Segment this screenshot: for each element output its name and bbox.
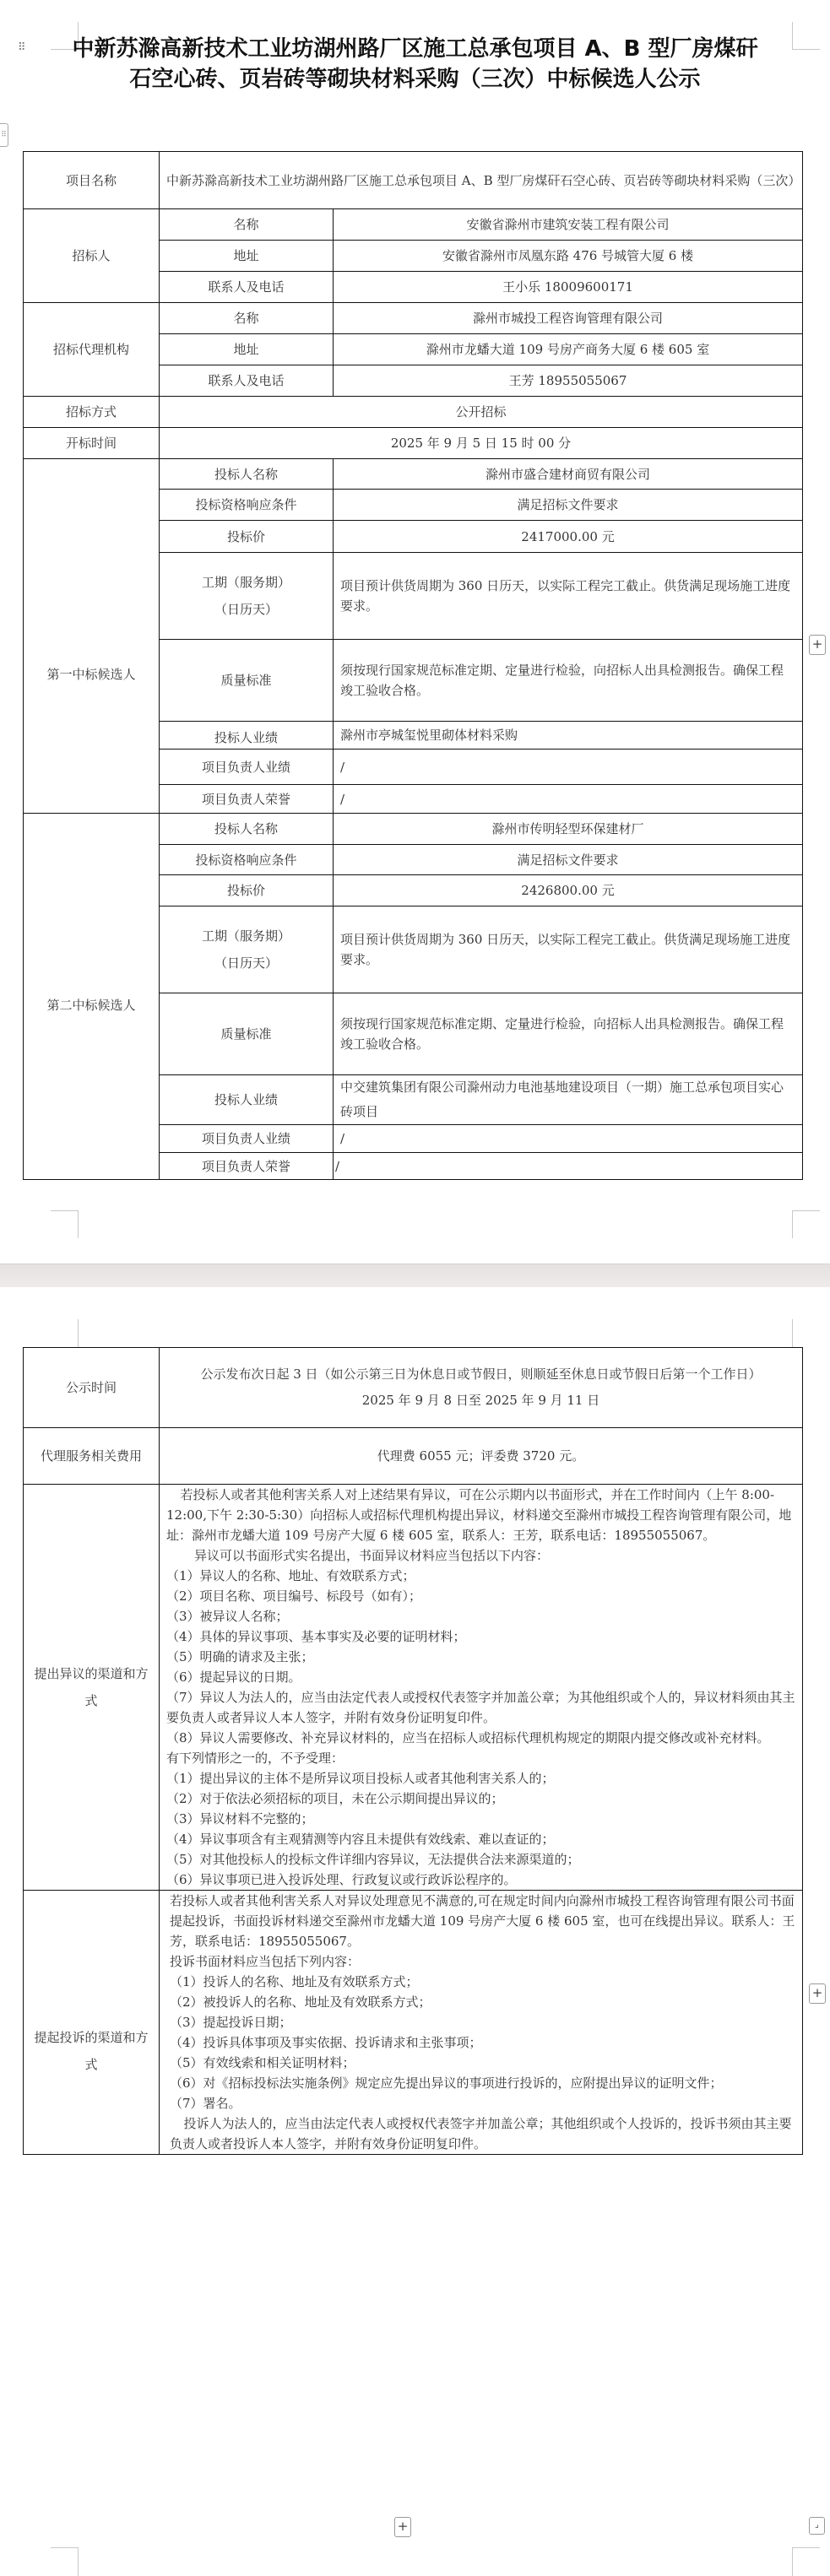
candidate-2-pm-honor-label: 项目负责人荣誉 <box>160 1153 334 1180</box>
table-row: 开标时间 2025 年 9 月 5 日 15 时 00 分 <box>24 428 803 459</box>
candidate-1-performance-value: 滁州市亭城玺悦里砌体材料采购 <box>334 722 803 750</box>
page-separator <box>0 1264 830 1288</box>
complaint-item: （3）提起投诉日期； <box>170 2012 795 2032</box>
add-row-button[interactable]: + <box>809 635 826 655</box>
table-row: 第一中标候选人 投标人名称 滁州市盛合建材商贸有限公司 <box>24 459 803 490</box>
candidate-1-pm-honor-label: 项目负责人荣誉 <box>160 785 334 814</box>
complaint-item: （4）投诉具体事项及事实依据、投诉请求和主张事项； <box>170 2032 795 2053</box>
agency-address-label: 地址 <box>160 334 334 365</box>
candidate-2-label: 第二中标候选人 <box>24 814 160 1180</box>
agency-name-label: 名称 <box>160 303 334 334</box>
table-row: 招标方式 公开招标 <box>24 397 803 428</box>
agency-contact-label: 联系人及电话 <box>160 365 334 397</box>
objection-reject-intro: 有下列情形之一的，不予受理： <box>166 1748 795 1768</box>
candidate-2-price-value: 2426800.00 元 <box>334 875 803 906</box>
open-time-value: 2025 年 9 月 5 日 15 时 00 分 <box>160 428 803 459</box>
publicity-range: 2025 年 9 月 8 日至 2025 年 9 月 11 日 <box>166 1388 795 1414</box>
document-page-1: ⠿ ⠿ 中新苏滁高新技术工业坊湖州路厂区施工总承包项目 A、B 型厂房煤矸石空心… <box>0 0 830 1264</box>
table-select-handle-icon[interactable]: ⠿ <box>0 123 8 147</box>
add-row-below-table-button[interactable]: + <box>394 2517 411 2537</box>
page-margin-corner-top-right <box>792 1319 820 1347</box>
candidate-1-qualification-label: 投标资格响应条件 <box>160 490 334 521</box>
table-row: 招标代理机构 名称 滁州市城投工程咨询管理有限公司 <box>24 303 803 334</box>
candidate-2-period-value: 项目预计供货周期为 360 日历天，以实际工程完工截止。供货满足现场施工进度要求… <box>334 906 803 993</box>
complaint-label: 提起投诉的渠道和方式 <box>24 1891 160 2155</box>
candidate-2-pm-honor-value: / <box>334 1153 803 1180</box>
candidate-1-quality-value: 须按现行国家规范标准定期、定量进行检验，向招标人出具检测报告。确保工程竣工验收合… <box>334 640 803 722</box>
candidate-1-bidder-label: 投标人名称 <box>160 459 334 490</box>
project-name-label: 项目名称 <box>24 152 160 209</box>
candidate-1-quality-label: 质量标准 <box>160 640 334 722</box>
open-time-label: 开标时间 <box>24 428 160 459</box>
complaint-item: （6）对《招标投标法实施条例》规定应先提出异议的事项进行投诉的，应附提出异议的证… <box>170 2073 795 2093</box>
objection-content-intro: 异议可以书面形式实名提出，书面异议材料应当包括以下内容： <box>166 1545 795 1566</box>
candidate-2-pm-performance-value: / <box>334 1125 803 1153</box>
method-label: 招标方式 <box>24 397 160 428</box>
page-margin-corner-bottom-left <box>51 2547 79 2576</box>
publicity-table: 公示时间 公示发布次日起 3 日（如公示第三日为休息日或节假日，则顺延至休息日或… <box>23 1347 803 2155</box>
publicity-time-label: 公示时间 <box>24 1348 160 1428</box>
page-margin-corner-bottom-left <box>51 1210 79 1238</box>
table-row: 公示时间 公示发布次日起 3 日（如公示第三日为休息日或节假日，则顺延至休息日或… <box>24 1348 803 1428</box>
candidate-1-label: 第一中标候选人 <box>24 459 160 814</box>
candidate-table: 项目名称 中新苏滁高新技术工业坊湖州路厂区施工总承包项目 A、B 型厂房煤矸石空… <box>23 151 803 1180</box>
table-row: 代理服务相关费用 代理费 6055 元；评委费 3720 元。 <box>24 1428 803 1485</box>
complaint-item: （7）署名。 <box>170 2093 795 2113</box>
fee-value: 代理费 6055 元；评委费 3720 元。 <box>160 1428 803 1485</box>
document-page-2: 公示时间 公示发布次日起 3 日（如公示第三日为休息日或节假日，则顺延至休息日或… <box>0 1287 830 2576</box>
candidate-1-bidder-value: 滁州市盛合建材商贸有限公司 <box>334 459 803 490</box>
period-label-line-2: （日历天） <box>214 955 278 971</box>
objection-item: （1）异议人的名称、地址、有效联系方式； <box>166 1566 795 1586</box>
candidate-1-price-value: 2417000.00 元 <box>334 521 803 553</box>
candidate-2-price-label: 投标价 <box>160 875 334 906</box>
candidate-2-qualification-value: 满足招标文件要求 <box>334 845 803 875</box>
method-value: 公开招标 <box>160 397 803 428</box>
candidate-2-quality-label: 质量标准 <box>160 993 334 1075</box>
objection-item: （6）提起异议的日期。 <box>166 1667 795 1687</box>
complaint-intro: 若投标人或者其他利害关系人对异议处理意见不满意的,可在规定时间内向滁州市城投工程… <box>170 1891 795 1951</box>
table-row: 项目名称 中新苏滁高新技术工业坊湖州路厂区施工总承包项目 A、B 型厂房煤矸石空… <box>24 152 803 209</box>
objection-label: 提出异议的渠道和方式 <box>24 1485 160 1891</box>
table-row: 提出异议的渠道和方式 若投标人或者其他利害关系人对上述结果有异议，可在公示期内以… <box>24 1485 803 1891</box>
tenderer-address-value: 安徽省滁州市凤凰东路 476 号城管大厦 6 楼 <box>334 241 803 272</box>
period-label-line-2: （日历天） <box>214 602 278 617</box>
objection-reject-item: （6）异议事项已进入投诉处理、行政复议或行政诉讼程序的。 <box>166 1870 795 1890</box>
candidate-2-qualification-label: 投标资格响应条件 <box>160 845 334 875</box>
complaint-item: （1）投诉人的名称、地址及有效联系方式； <box>170 1972 795 1992</box>
candidate-1-period-value: 项目预计供货周期为 360 日历天，以实际工程完工截止。供货满足现场施工进度要求… <box>334 553 803 640</box>
tenderer-contact-label: 联系人及电话 <box>160 272 334 303</box>
complaint-content: 若投标人或者其他利害关系人对异议处理意见不满意的,可在规定时间内向滁州市城投工程… <box>160 1891 803 2155</box>
objection-item: （3）被异议人名称； <box>166 1606 795 1626</box>
candidate-1-pm-performance-value: / <box>334 750 803 785</box>
tenderer-name-label: 名称 <box>160 209 334 241</box>
add-row-button[interactable]: + <box>809 1983 826 2004</box>
agency-address-value: 滁州市龙蟠大道 109 号房产商务大厦 6 楼 605 室 <box>334 334 803 365</box>
project-name-value: 中新苏滁高新技术工业坊湖州路厂区施工总承包项目 A、B 型厂房煤矸石空心砖、页岩… <box>160 152 803 209</box>
objection-reject-item: （3）异议材料不完整的； <box>166 1809 795 1829</box>
agency-name-value: 滁州市城投工程咨询管理有限公司 <box>334 303 803 334</box>
candidate-1-period-label: 工期（服务期）（日历天） <box>160 553 334 640</box>
objection-intro: 若投标人或者其他利害关系人对上述结果有异议，可在公示期内以书面形式，并在工作时间… <box>166 1485 795 1545</box>
tenderer-address-label: 地址 <box>160 241 334 272</box>
fee-label: 代理服务相关费用 <box>24 1428 160 1485</box>
objection-item: （7）异议人为法人的，应当由法定代表人或授权代表签字并加盖公章；为其他组织或个人… <box>166 1687 795 1728</box>
candidate-1-pm-honor-value: / <box>334 785 803 814</box>
page-margin-corner-bottom-right <box>792 2547 820 2576</box>
page-margin-corner-top-left <box>51 1319 79 1347</box>
complaint-item: （5）有效线索和相关证明材料； <box>170 2053 795 2073</box>
candidate-2-pm-performance-label: 项目负责人业绩 <box>160 1125 334 1153</box>
objection-content: 若投标人或者其他利害关系人对上述结果有异议，可在公示期内以书面形式，并在工作时间… <box>160 1485 803 1891</box>
candidate-1-pm-performance-label: 项目负责人业绩 <box>160 750 334 785</box>
objection-reject-item: （1）提出异议的主体不是所异议项目投标人或者其他利害关系人的； <box>166 1768 795 1789</box>
objection-reject-item: （2）对于依法必须招标的项目，未在公示期间提出异议的； <box>166 1789 795 1809</box>
table-row: 第二中标候选人 投标人名称 滁州市传明轻型环保建材厂 <box>24 814 803 845</box>
period-label-line-1: 工期（服务期） <box>202 928 290 944</box>
publicity-rule: 公示发布次日起 3 日（如公示第三日为休息日或节假日，则顺延至休息日或节假日后第… <box>166 1361 795 1388</box>
objection-item: （4）具体的异议事项、基本事实及必要的证明材料； <box>166 1626 795 1647</box>
table-row: 招标人 名称 安徽省滁州市建筑安装工程有限公司 <box>24 209 803 241</box>
tenderer-name-value: 安徽省滁州市建筑安装工程有限公司 <box>334 209 803 241</box>
objection-reject-item: （5）对其他投标人的投标文件详细内容异议，无法提供合法来源渠道的； <box>166 1849 795 1870</box>
objection-item: （5）明确的请求及主张； <box>166 1647 795 1667</box>
period-label-line-1: 工期（服务期） <box>202 575 290 590</box>
objection-item: （2）项目名称、项目编号、标段号（如有）； <box>166 1586 795 1606</box>
candidate-2-bidder-value: 滁州市传明轻型环保建材厂 <box>334 814 803 845</box>
objection-item: （8）异议人需要修改、补充异议材料的，应当在招标人或招标代理机构规定的期限内提交… <box>166 1728 795 1748</box>
tenderer-contact-value: 王小乐 18009600171 <box>334 272 803 303</box>
publicity-time-value: 公示发布次日起 3 日（如公示第三日为休息日或节假日，则顺延至休息日或节假日后第… <box>160 1348 803 1428</box>
title-drag-handle-icon[interactable]: ⠿ <box>18 46 25 51</box>
table-row: 提起投诉的渠道和方式 若投标人或者其他利害关系人对异议处理意见不满意的,可在规定… <box>24 1891 803 2155</box>
candidate-2-period-label: 工期（服务期）（日历天） <box>160 906 334 993</box>
candidate-2-performance-value: 中交建筑集团有限公司滁州动力电池基地建设项目（一期）施工总承包项目实心砖项目 <box>334 1075 803 1125</box>
objection-reject-item: （4）异议事项含有主观猜测等内容且未提供有效线索、难以查证的； <box>166 1829 795 1849</box>
candidate-1-performance-label: 投标人业绩 <box>160 722 334 750</box>
page-margin-corner-top-right <box>792 22 820 50</box>
table-resize-handle-icon[interactable]: ⌟ <box>809 2517 825 2535</box>
candidate-2-performance-label: 投标人业绩 <box>160 1075 334 1125</box>
page-title: 中新苏滁高新技术工业坊湖州路厂区施工总承包项目 A、B 型厂房煤矸石空心砖、页岩… <box>68 34 762 95</box>
complaint-signature-note: 投诉人为法人的，应当由法定代表人或授权代表签字并加盖公章；其他组织或个人投诉的，… <box>170 2113 795 2154</box>
agency-contact-value: 王芳 18955055067 <box>334 365 803 397</box>
candidate-2-quality-value: 须按现行国家规范标准定期、定量进行检验，向招标人出具检测报告。确保工程竣工验收合… <box>334 993 803 1075</box>
agency-label: 招标代理机构 <box>24 303 160 397</box>
candidate-1-price-label: 投标价 <box>160 521 334 553</box>
tenderer-label: 招标人 <box>24 209 160 303</box>
candidate-2-bidder-label: 投标人名称 <box>160 814 334 845</box>
page-margin-corner-bottom-right <box>792 1210 820 1238</box>
complaint-item: （2）被投诉人的名称、地址及有效联系方式； <box>170 1992 795 2012</box>
candidate-1-qualification-value: 满足招标文件要求 <box>334 490 803 521</box>
complaint-content-intro: 投诉书面材料应当包括下列内容： <box>170 1951 795 1972</box>
